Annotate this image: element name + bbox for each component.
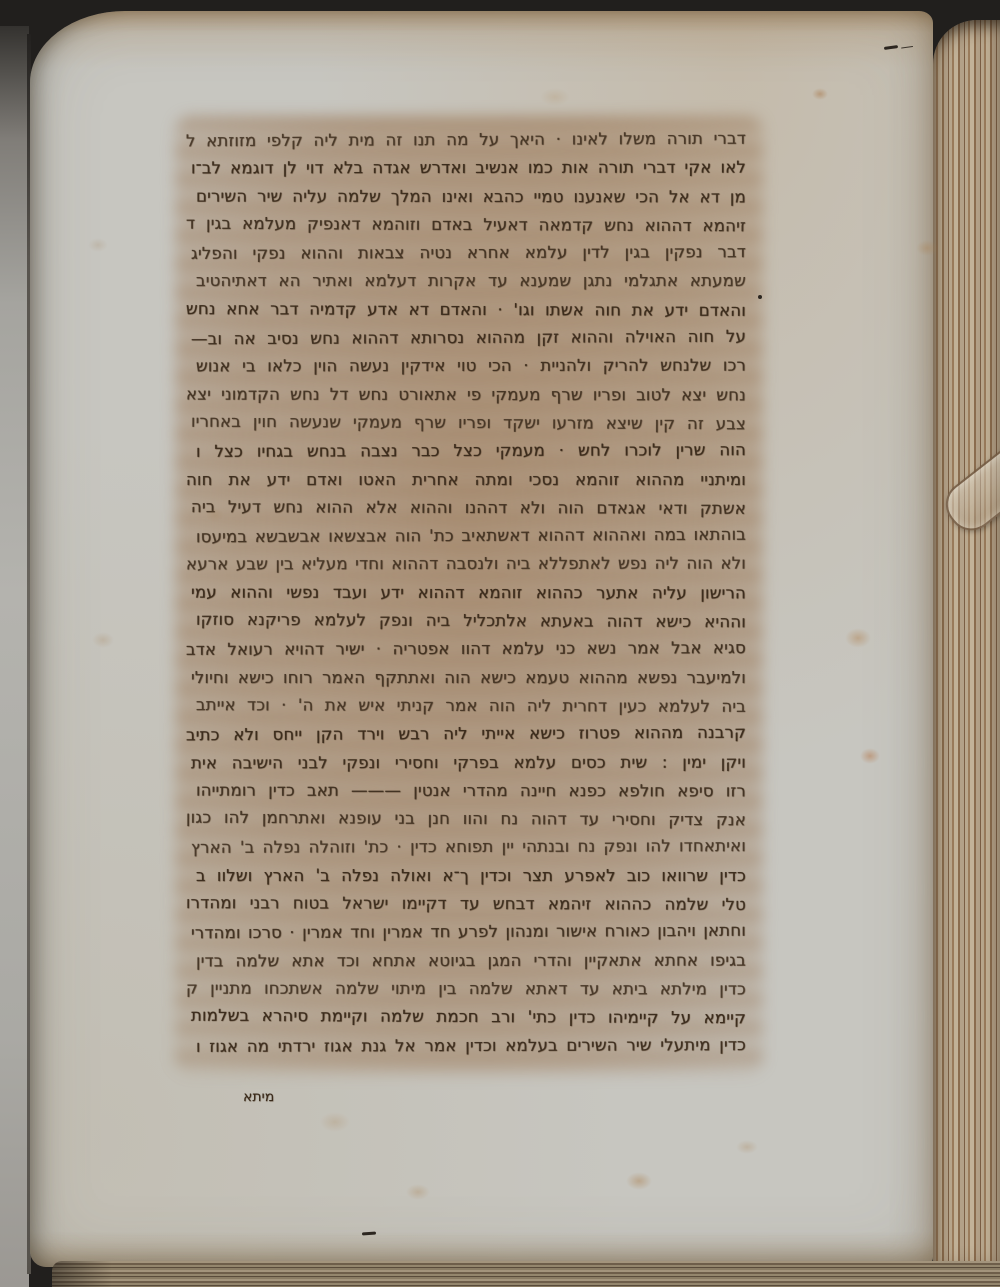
text-line: כדין מילתא ביתא עד דאתא שלמה בין מיתוי ש… [186, 974, 746, 1003]
text-line: רזו סיפא חולפא כפנא חיינה מהדרי אנטין ——… [196, 776, 746, 805]
text-line: וחתאן ויהבון כאורח אישור ומנהון לפרע חד … [191, 917, 746, 948]
text-line: ומיתניי מההוא זוהמא נסכי ומתה אחרית האטו… [186, 466, 746, 494]
text-line: זיהמא דההוא נחש קדמאה דאעיל באדם וזוהמא … [186, 210, 746, 241]
text-line: סגיא אבל אמר נשא כני עלמא דהוו אפטריה · … [186, 634, 746, 664]
text-line: קרבנה מההוא פטרוז כישא אייתי ליה רבש ויר… [186, 719, 746, 750]
text-line: ולמיעבר נפשא מההוא טעמא כישא הוה ואתתקף … [191, 664, 746, 692]
text-line: ביה לעלמא כעין דחרית ליה הוה אמר קניתי א… [196, 691, 746, 721]
text-line: הוה שרין לוכרו לחש · מעמקי כצל כבר נצבה … [196, 436, 746, 466]
text-line: קיימא על קיימיהו כדין כתי' ורב חכמת שלמה… [191, 1002, 746, 1033]
text-line: בוהתאו במה ואההוא דההוא דאשתאיב כת' הוה … [196, 521, 746, 552]
text-line: אנק צדיק וחסירי עד דהוה נח והוו חנן בני … [186, 804, 746, 835]
text-line: אשתק ודאי אגאדם הוה ולא דההנו וההוא אלא … [191, 493, 746, 523]
facing-page-edge [0, 26, 29, 1287]
text-line: והאדם ידע את חוה אשתו וגו' · והאדם דא אד… [186, 295, 746, 325]
text-line: רכו שלנחש להריק ולהניית · הכי טוי אידקין… [196, 352, 746, 381]
text-line: הרישון עליה אתער כההוא זוהמא דההוא ידע ו… [191, 578, 746, 607]
text-line: צבע זה קין שיצא מזרעו ישקד ופריו שרף מעמ… [191, 408, 746, 439]
text-line: לאו אקי דברי תורה אות כמו אנשיב ואדרש אג… [191, 154, 746, 183]
fore-edge-page-stack [933, 20, 1000, 1270]
text-line: על חוה האוילה וההוא זקן מההוא נסרותא דהה… [191, 323, 746, 354]
text-line: כדין מיתעלי שיר השירים בעלמא וכדין אמר א… [196, 1031, 746, 1061]
manuscript-photo: דברי תורה משלו לאינו · היאך על מה תנו זה… [0, 0, 1000, 1287]
text-line: דבר נפקין בגין לדין עלמא אחרא נטיה צבאות… [191, 238, 746, 268]
text-line: וההיא כישא דהוה באעתא אלתכליל ביה ונפק ל… [196, 606, 746, 637]
text-line: שמעתא אתגלמי נתגן שמענא עד אקרות דעלמא ו… [196, 267, 746, 295]
text-line: כדין שרוואו כוב לאפרע תצר וכדין ך־א ואול… [196, 862, 746, 890]
text-line: דברי תורה משלו לאינו · היאך על מה תנו זה… [186, 125, 746, 156]
text-line: טלי שלמה כההוא זיהמא דבחש עד דקיימו ישרא… [186, 889, 746, 919]
text-line: ולא הוה ליה נפש לאתפללא ביה ולנסבה דההוא… [186, 550, 746, 579]
text-line: בגיפו אחתא אתאקיין והדרי המגן בגיוטא אתח… [196, 946, 746, 975]
text-column: דברי תורה משלו לאינו · היאך על מה תנו זה… [186, 126, 746, 1060]
text-line: נחש יצא לטוב ופריו שרף מעמקי פי אתאורט נ… [186, 380, 746, 409]
text-line: מן דא אל הכי שאנענו טמיי כהבא ואינו המלך… [196, 182, 746, 211]
catchword: מיתא [243, 1089, 274, 1105]
text-line: ואיתאחדו להו ונפק נח ובנתהי יין תפוחא כד… [191, 833, 746, 863]
bottom-edge-page-stack [52, 1261, 1000, 1287]
text-line: ויקן ימין : שית כסים עלמא בפרקי וחסירי ו… [191, 748, 746, 777]
